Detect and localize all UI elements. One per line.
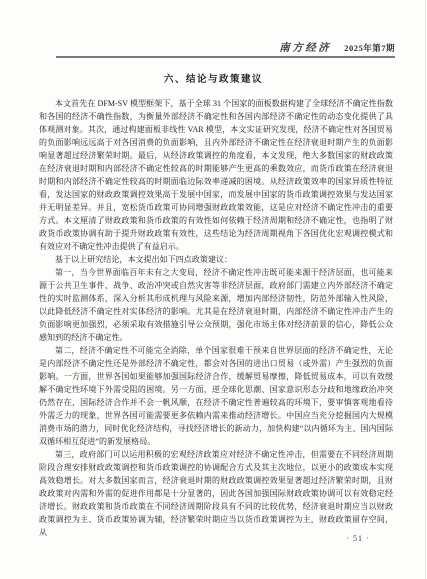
section-title: 六、结论与政策建议 xyxy=(0,71,427,85)
issue-label: 2025年第7期 xyxy=(344,42,395,54)
document-page: 南方经济 2025年第7期 六、结论与政策建议 本文首先在 DFM-SV 模型框… xyxy=(0,0,427,579)
paragraph-suggestion-1: 第一，当今世界面临百年未有之大变局，经济不确定性冲击既可能来源于经济层面，也可能… xyxy=(39,266,393,344)
header-rule xyxy=(56,56,395,58)
paragraph-suggestion-3: 第三，政府部门可以运用积极的宏观经济政策应对经济不确定性冲击，但需要在不同经济周… xyxy=(39,448,393,539)
paragraph-suggestion-2: 第二，经济不确定性不可能完全消除，单个国家很难干预来自世界层面的经济不确定性，无… xyxy=(39,344,393,448)
page-number: · 51 · xyxy=(336,534,380,543)
page-header: 南方经济 2025年第7期 xyxy=(56,40,395,55)
journal-logo: 南方经济 xyxy=(279,40,331,55)
paragraph-suggestions-intro: 基于以上研究结论，本文提出如下四点政策建议： xyxy=(39,253,393,266)
scan-edge-line xyxy=(425,0,426,579)
body-text: 本文首先在 DFM-SV 模型框架下，基于全球 31 个国家的面板数据构建了全球… xyxy=(39,97,393,539)
paragraph-conclusion-summary: 本文首先在 DFM-SV 模型框架下，基于全球 31 个国家的面板数据构建了全球… xyxy=(39,97,393,253)
